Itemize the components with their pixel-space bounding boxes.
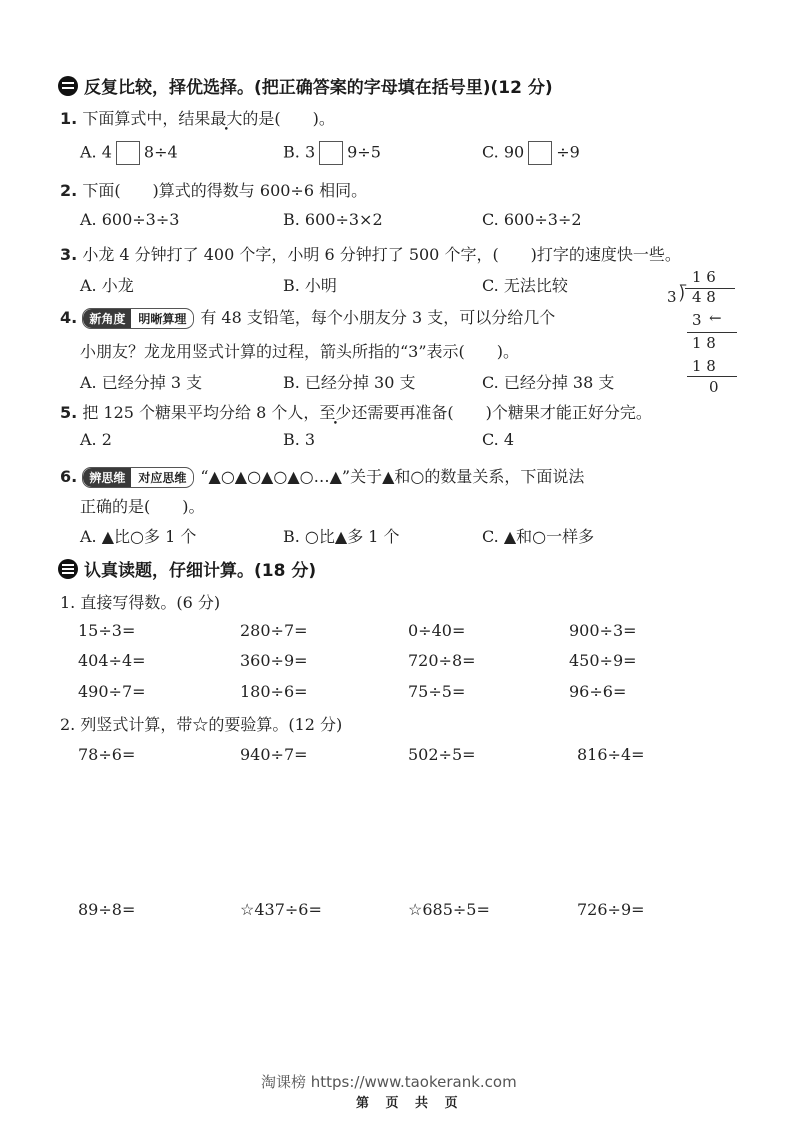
part-2-title: 2. 列竖式计算，带☆的要验算。(12 分) [60,712,342,735]
tag-light: 对应思维 [131,469,193,486]
q6-option-b[interactable]: B. ○比▲多 1 个 [283,524,400,547]
tag-light: 明晰算理 [131,310,193,327]
vertical-calc-item[interactable]: 89÷8= [78,900,135,919]
question-number: 2. [60,181,77,200]
subtraction-line-2 [687,376,737,377]
page-number: 第 页 共 页 [356,1092,464,1111]
option-pre: 90 [504,143,524,162]
q4-option-c[interactable]: C. 已经分掉 38 支 [482,370,614,393]
division-bracket: ⟌ [679,285,686,306]
section-2-title: 反复比较，择优选择。(把正确答案的字母填在括号里)(12 分) [84,73,553,98]
q2-option-a[interactable]: A. 600÷3÷3 [80,210,179,229]
answer-blank[interactable]: 的是( )。 [242,109,335,128]
calc-item[interactable]: 15÷3= [78,621,135,640]
option-label: A. [80,143,97,162]
q5-option-c[interactable]: C. 4 [482,430,514,449]
fill-box[interactable] [528,141,552,165]
question-number: 1. [60,109,77,128]
question-text: 把 125 个糖果平均分给 8 个人， [82,403,319,422]
calc-item[interactable]: 490÷7= [78,682,146,701]
dividend: 4 8 [692,288,716,306]
vertical-calc-item[interactable]: 726÷9= [577,900,645,919]
question-number: 5. [60,403,77,422]
question-number: 3. [60,245,77,264]
question-4-line2: 小朋友？龙龙用竖式计算的过程，箭头所指的“3”表示( )。 [80,339,519,362]
option-pre: 4 [102,143,112,162]
quotient: 1 6 [692,268,716,286]
question-text: “▲○▲○▲○▲○…▲”关于▲和○的数量关系，下面说法 [200,467,584,486]
calc-item[interactable]: 75÷5= [408,682,465,701]
vertical-calc-item[interactable]: 78÷6= [78,745,135,764]
option-post: ÷9 [556,143,580,162]
step-product-2: 1 8 [692,357,716,375]
question-number: 6. [60,467,77,486]
final-remainder: 0 [709,378,719,396]
calc-item[interactable]: 450÷9= [569,651,637,670]
q4-option-a[interactable]: A. 已经分掉 3 支 [80,370,202,393]
q4-option-b[interactable]: B. 已经分掉 30 支 [283,370,415,393]
section-3-title: 认真读题，仔细计算。(18 分) [84,556,316,581]
calc-item[interactable]: 900÷3= [569,621,637,640]
calc-item[interactable]: 360÷9= [240,651,308,670]
question-text: 小龙 4 分钟打了 400 个字，小明 6 分钟打了 500 个字，( )打字的… [82,245,681,264]
calc-item[interactable]: 0÷40= [408,621,465,640]
answer-blank[interactable]: 还需要再准备( )个糖果才能正好分完。 [351,403,652,422]
emphasis-text: 最大 [210,109,242,128]
q5-option-b[interactable]: B. 3 [283,430,315,449]
emphasis-text: 至少 [319,403,351,422]
question-text: 有 48 支铅笔，每个小朋友分 3 支，可以分给几个 [200,308,555,327]
divisor: 3 [667,288,677,306]
calc-item[interactable]: 280÷7= [240,621,308,640]
calc-item[interactable]: 404÷4= [78,651,146,670]
vertical-calc-item[interactable]: ☆685÷5= [408,900,490,919]
vertical-calc-item[interactable]: 502÷5= [408,745,476,764]
section-3-heading: 认真读题，仔细计算。(18 分) [58,556,316,581]
tag-dark: 新角度 [83,309,131,328]
question-text: 下面( )算式的得数与 600÷6 相同。 [82,181,367,200]
section-number-3-icon [58,559,78,579]
vertical-calc-item[interactable]: ☆437÷6= [240,900,322,919]
q2-option-b[interactable]: B. 600÷3×2 [283,210,383,229]
fill-box[interactable] [319,141,343,165]
subtraction-line [687,332,737,333]
question-text: 下面算式中，结果 [82,109,210,128]
question-tag: 辨思维对应思维 [82,467,194,488]
q5-option-a[interactable]: A. 2 [80,430,112,449]
watermark-link[interactable]: 淘课榜 https://www.taokerank.com [261,1071,517,1092]
section-2-heading: 反复比较，择优选择。(把正确答案的字母填在括号里)(12 分) [58,73,553,98]
question-2: 2. 下面( )算式的得数与 600÷6 相同。 [60,178,367,201]
question-5: 5. 把 125 个糖果平均分给 8 个人，至少还需要再准备( )个糖果才能正好… [60,400,652,423]
q6-option-c[interactable]: C. ▲和○一样多 [482,524,594,547]
calc-item[interactable]: 180÷6= [240,682,308,701]
calc-item[interactable]: 96÷6= [569,682,626,701]
question-number: 4. [60,308,77,327]
part-1-title: 1. 直接写得数。(6 分) [60,590,220,613]
q2-option-c[interactable]: C. 600÷3÷2 [482,210,582,229]
question-6-line2: 正确的是( )。 [80,494,205,517]
q1-option-c: C. 90÷9 [482,141,580,165]
q1-option-a: A. 48÷4 [80,141,178,165]
question-4: 4. 新角度明晰算理有 48 支铅笔，每个小朋友分 3 支，可以分给几个 [60,305,555,329]
option-post: 8÷4 [144,143,178,162]
remainder: 1 8 [692,334,716,352]
long-division-figure: 1 6 3 ⟌ 4 8 3 ← 1 8 1 8 0 [665,268,745,398]
option-label: C. [482,143,499,162]
question-6: 6. 辨思维对应思维“▲○▲○▲○▲○…▲”关于▲和○的数量关系，下面说法 [60,464,584,488]
question-1: 1. 下面算式中，结果最大的是( )。 [60,106,335,129]
vertical-calc-item[interactable]: 940÷7= [240,745,308,764]
section-number-2-icon [58,76,78,96]
calc-item[interactable]: 720÷8= [408,651,476,670]
option-label: B. [283,143,300,162]
question-tag: 新角度明晰算理 [82,308,194,329]
arrow-icon: ← [709,309,722,327]
question-3: 3. 小龙 4 分钟打了 400 个字，小明 6 分钟打了 500 个字，( )… [60,242,681,265]
q3-option-b[interactable]: B. 小明 [283,273,337,296]
vertical-calc-item[interactable]: 816÷4= [577,745,645,764]
step-product: 3 [692,311,702,329]
fill-box[interactable] [116,141,140,165]
tag-dark: 辨思维 [83,468,131,487]
q6-option-a[interactable]: A. ▲比○多 1 个 [80,524,196,547]
option-post: 9÷5 [347,143,381,162]
q3-option-c[interactable]: C. 无法比较 [482,273,568,296]
q1-option-b: B. 39÷5 [283,141,381,165]
q3-option-a[interactable]: A. 小龙 [80,273,134,296]
option-pre: 3 [305,143,315,162]
